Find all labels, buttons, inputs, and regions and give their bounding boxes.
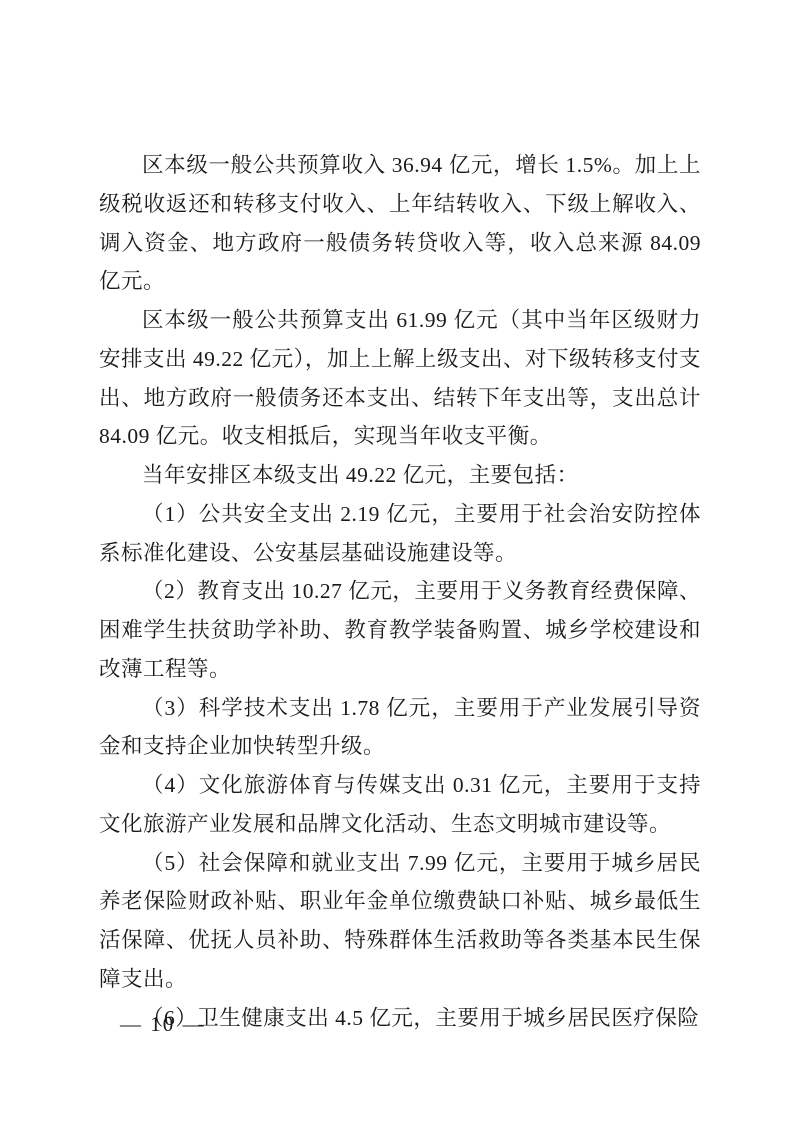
para-revenue-summary: 区本级一般公共预算收入 36.94 亿元，增长 1.5%。加上上级税收返还和转移… [99, 146, 701, 301]
para-item-1-public-safety: （1）公共安全支出 2.19 亿元，主要用于社会治安防控体系标准化建设、公安基层… [99, 495, 701, 573]
page-number: — 10 — [120, 1012, 206, 1037]
para-expenditure-summary: 区本级一般公共预算支出 61.99 亿元（其中当年区级财力安排支出 49.22 … [99, 301, 701, 456]
para-item-3-science-tech: （3）科学技术支出 1.78 亿元，主要用于产业发展引导资金和支持企业加快转型升… [99, 689, 701, 767]
para-item-5-social-security: （5）社会保障和就业支出 7.99 亿元，主要用于城乡居民养老保险财政补贴、职业… [99, 844, 701, 999]
para-item-4-culture-tourism: （4）文化旅游体育与传媒支出 0.31 亿元，主要用于支持文化旅游产业发展和品牌… [99, 766, 701, 844]
page-body: 区本级一般公共预算收入 36.94 亿元，增长 1.5%。加上上级税收返还和转移… [99, 146, 701, 1037]
para-arrangement-intro: 当年安排区本级支出 49.22 亿元，主要包括： [99, 456, 701, 495]
document-page: 区本级一般公共预算收入 36.94 亿元，增长 1.5%。加上上级税收返还和转移… [0, 0, 793, 1122]
para-item-2-education: （2）教育支出 10.27 亿元，主要用于义务教育经费保障、困难学生扶贫助学补助… [99, 572, 701, 688]
